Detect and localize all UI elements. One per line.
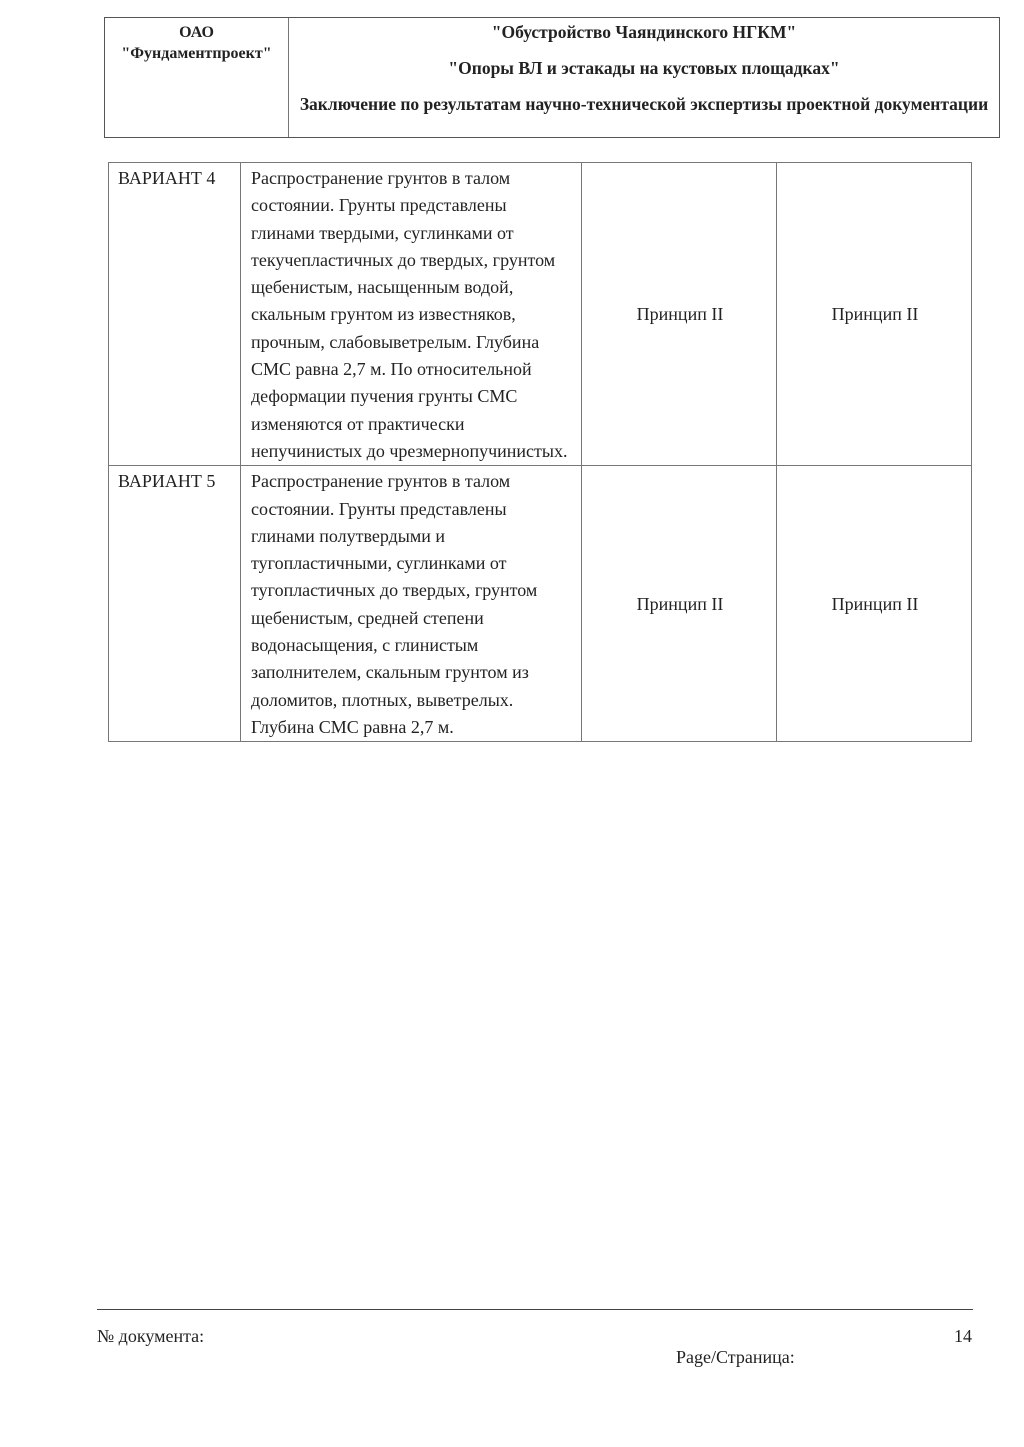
variant-label: ВАРИАНТ 5 bbox=[109, 466, 241, 742]
variants-table: ВАРИАНТ 4 Распространение грунтов в тало… bbox=[108, 162, 972, 742]
project-title: "Обустройство Чаяндинского НГКМ" bbox=[289, 22, 999, 43]
variant-label: ВАРИАНТ 4 bbox=[109, 163, 241, 466]
table-row: ВАРИАНТ 5 Распространение грунтов в тало… bbox=[109, 466, 972, 742]
page-label: Page/Страница: bbox=[676, 1347, 795, 1368]
table-row: ВАРИАНТ 4 Распространение грунтов в тало… bbox=[109, 163, 972, 466]
page-number: 14 bbox=[954, 1326, 972, 1347]
variant-description: Распространение грунтов в талом состояни… bbox=[241, 466, 582, 742]
org-type: ОАО bbox=[105, 22, 288, 43]
document-title: Заключение по результатам научно-техниче… bbox=[289, 93, 999, 116]
document-number-label: № документа: bbox=[97, 1326, 204, 1347]
principle-cell: Принцип II bbox=[582, 163, 777, 466]
principle-cell: Принцип II bbox=[777, 466, 972, 742]
principle-cell: Принцип II bbox=[777, 163, 972, 466]
document-header: ОАО "Фундаментпроект" "Обустройство Чаян… bbox=[104, 17, 1000, 138]
title-cell: "Обустройство Чаяндинского НГКМ" "Опоры … bbox=[289, 18, 999, 137]
footer-divider bbox=[97, 1309, 973, 1310]
principle-cell: Принцип II bbox=[582, 466, 777, 742]
org-name: "Фундаментпроект" bbox=[105, 43, 288, 64]
object-title: "Опоры ВЛ и эстакады на кустовых площадк… bbox=[289, 58, 999, 79]
variant-description: Распространение грунтов в талом состояни… bbox=[241, 163, 582, 466]
organization-cell: ОАО "Фундаментпроект" bbox=[105, 18, 289, 137]
